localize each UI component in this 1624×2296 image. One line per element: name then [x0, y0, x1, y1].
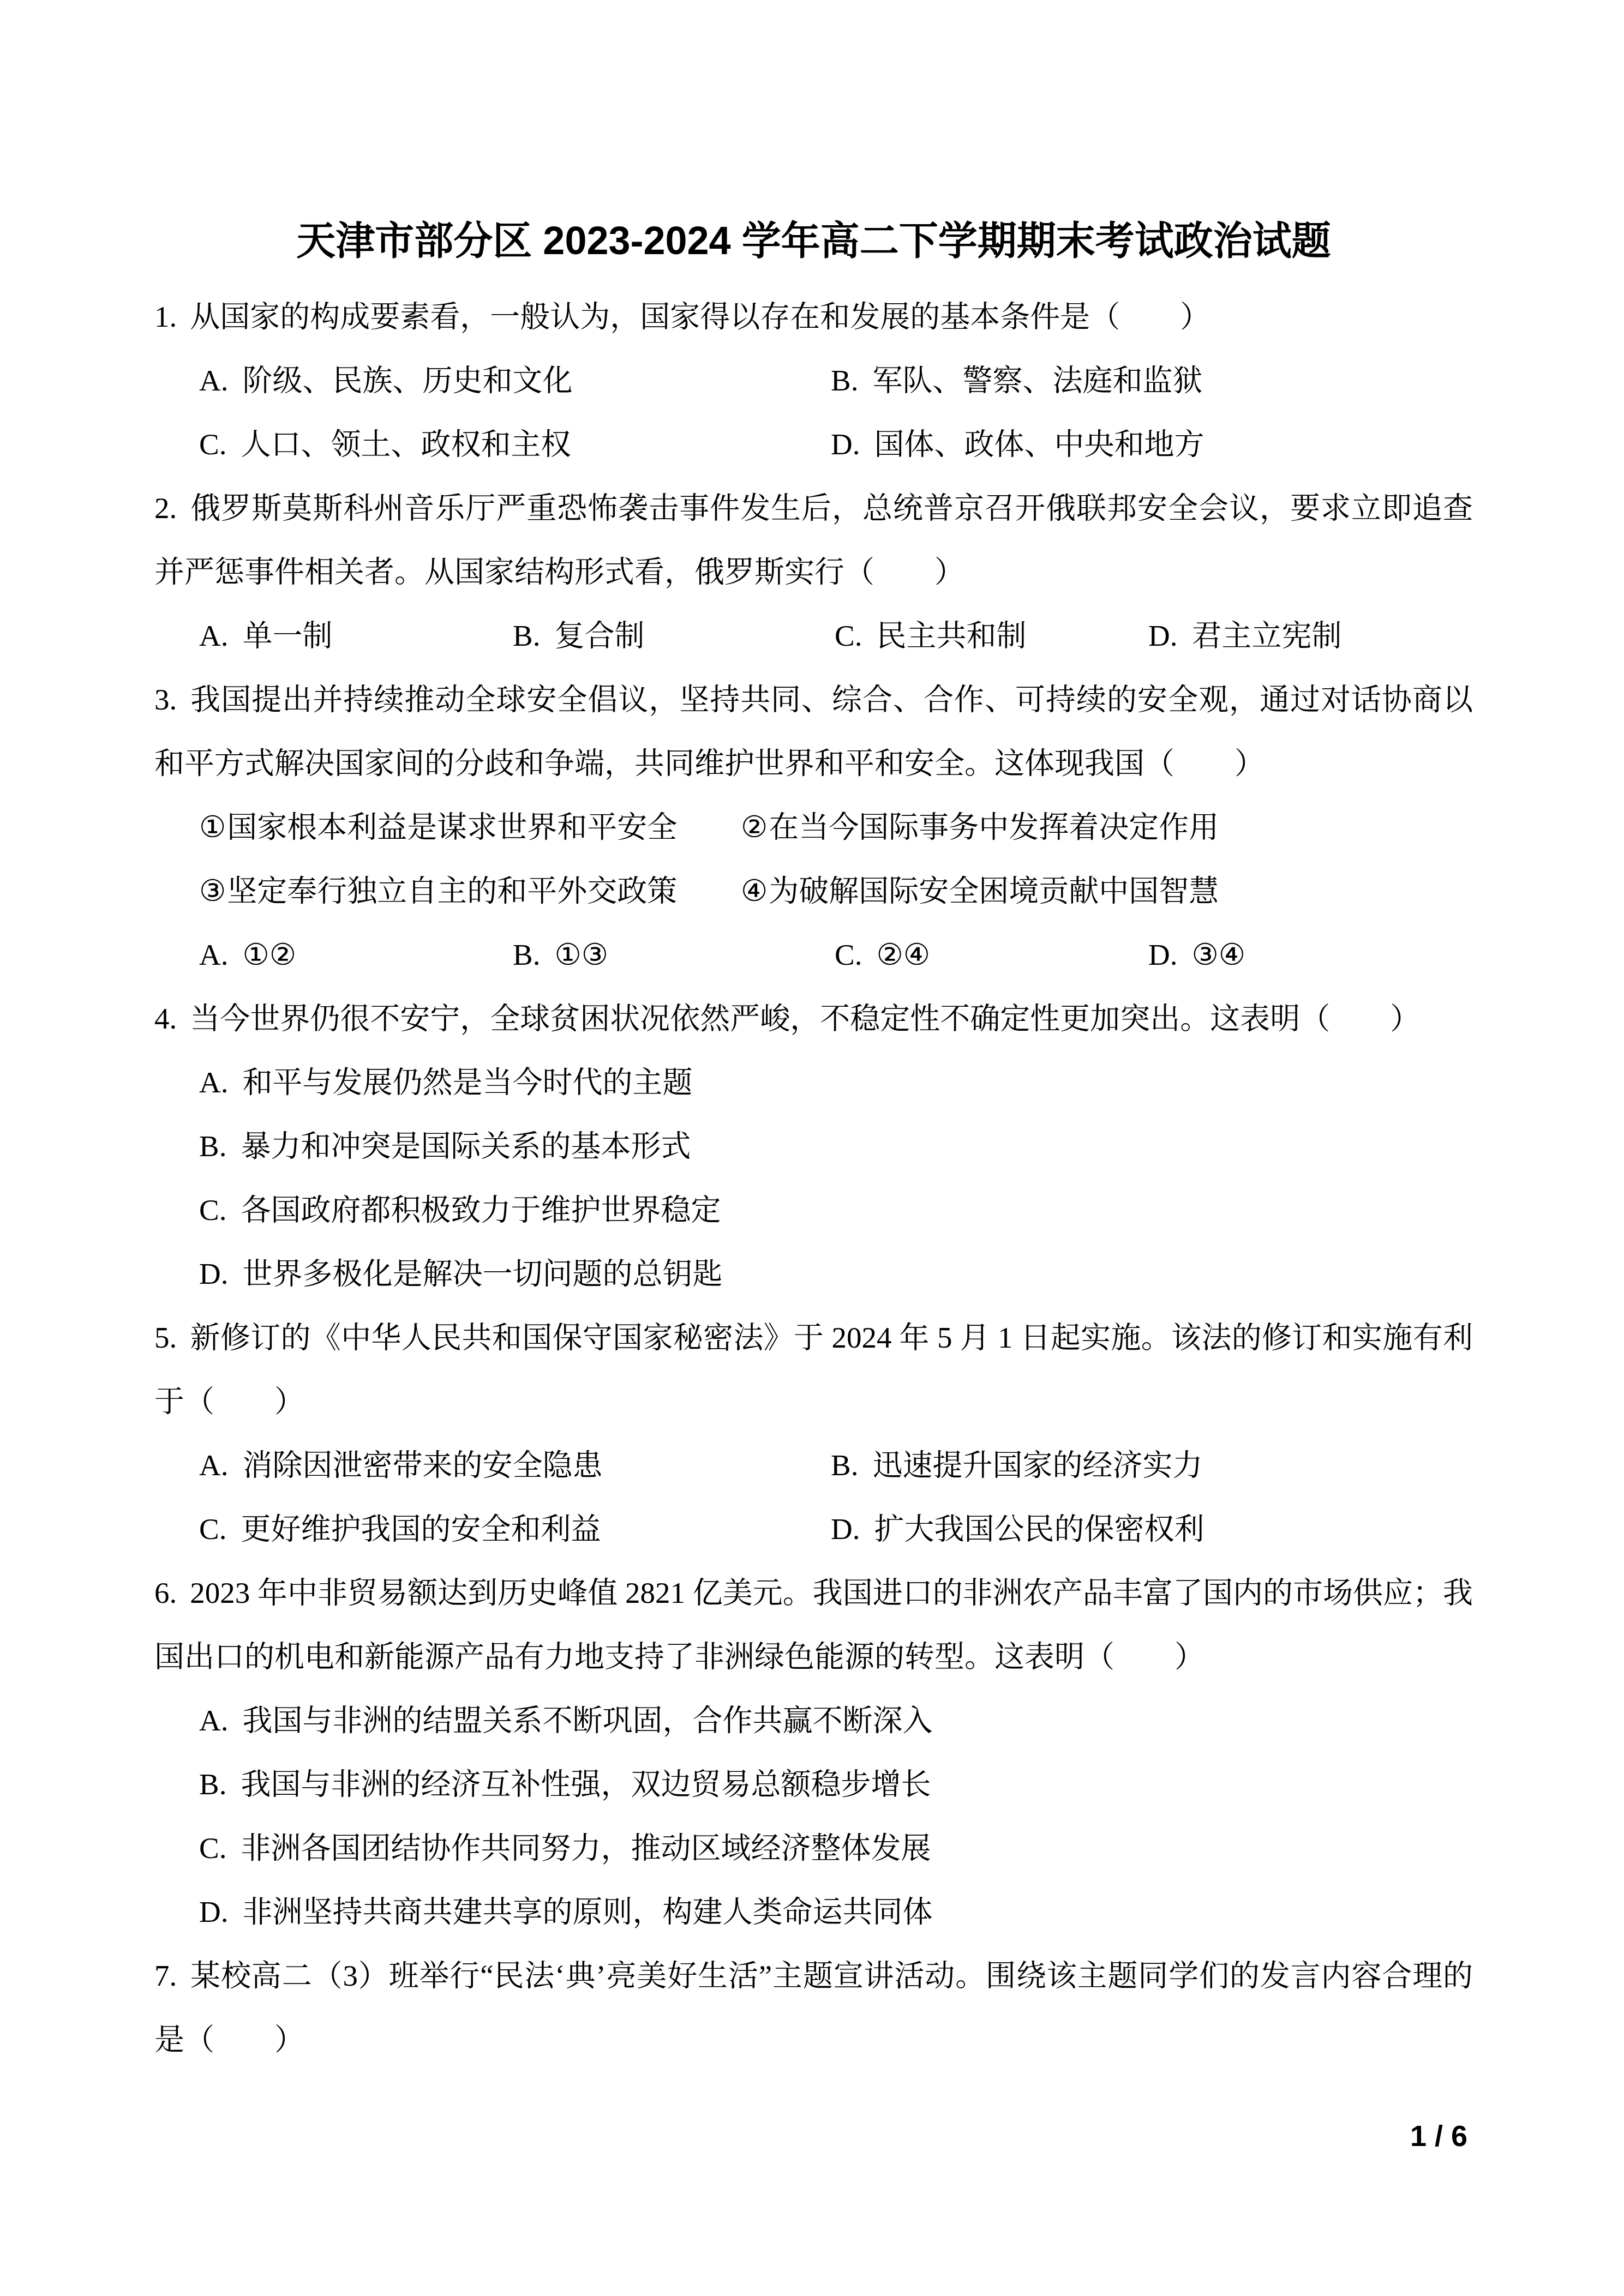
option-text: ①③	[554, 938, 608, 971]
question-6-option-c: C.非洲各国团结协作共同努力，推动区域经济整体发展	[154, 1816, 1473, 1880]
question-4-number: 4.	[154, 1002, 177, 1035]
question-3-number: 3.	[154, 683, 177, 716]
question-1-option-b: B.军队、警察、法庭和监狱	[831, 348, 1202, 412]
option-text: 国体、政体、中央和地方	[874, 428, 1204, 461]
option-label: C.	[199, 1193, 226, 1227]
question-6-stem: 6.2023 年中非贸易额达到历史峰值 2821 亿美元。我国进口的非洲农产品丰…	[154, 1561, 1473, 1688]
option-label: D.	[1148, 619, 1177, 652]
question-1-option-d: D.国体、政体、中央和地方	[831, 412, 1204, 476]
option-label: A.	[199, 619, 228, 652]
question-2-number: 2.	[154, 491, 177, 525]
option-label: B.	[513, 938, 540, 971]
question-7-text: 某校高二（3）班举行“民法‘典’亮美好生活”主题宣讲活动。围绕该主题同学们的发言…	[154, 1959, 1473, 2056]
option-label: B.	[831, 1448, 858, 1482]
item-text: 国家根本利益是谋求世界和平安全	[227, 810, 677, 844]
option-text: 我国与非洲的经济互补性强，双边贸易总额稳步增长	[241, 1768, 931, 1801]
question-4-stem: 4.当今世界仍很不安宁，全球贫困状况依然严峻，不稳定性不确定性更加突出。这表明（…	[154, 987, 1473, 1050]
question-2-options-row: A.单一制 B.复合制 C.民主共和制 D.君主立宪制	[154, 604, 1473, 668]
option-label: A.	[199, 1448, 228, 1482]
option-label: D.	[199, 1257, 228, 1290]
option-text: 单一制	[242, 619, 332, 652]
question-2-text: 俄罗斯莫斯科州音乐厅严重恐怖袭击事件发生后，总统普京召开俄联邦安全会议，要求立即…	[154, 491, 1473, 588]
circled-1-marker: ①	[199, 810, 226, 844]
question-3-item-1: ①国家根本利益是谋求世界和平安全	[199, 795, 677, 859]
option-text: 世界多极化是解决一切问题的总钥匙	[242, 1257, 722, 1290]
option-text: 非洲坚持共商共建共享的原则，构建人类命运共同体	[242, 1895, 932, 1928]
question-1-option-a: A.阶级、民族、历史和文化	[199, 348, 573, 412]
option-label: C.	[835, 619, 862, 652]
option-text: 我国与非洲的结盟关系不断巩固，合作共赢不断深入	[242, 1704, 932, 1737]
question-1-options-row-1: A.阶级、民族、历史和文化 B.军队、警察、法庭和监狱	[154, 348, 1473, 412]
question-4-option-c: C.各国政府都积极致力于维护世界稳定	[154, 1178, 1473, 1242]
question-3-option-b: B.①③	[513, 923, 608, 987]
question-2-stem: 2.俄罗斯莫斯科州音乐厅严重恐怖袭击事件发生后，总统普京召开俄联邦安全会议，要求…	[154, 476, 1473, 604]
option-label: B.	[831, 364, 858, 397]
question-6-option-d: D.非洲坚持共商共建共享的原则，构建人类命运共同体	[154, 1880, 1473, 1944]
question-3-item-4: ④为破解国际安全困境贡献中国智慧	[741, 859, 1219, 923]
question-3-item-2: ②在当今国际事务中发挥着决定作用	[741, 795, 1219, 859]
question-3-options-row: A.①② B.①③ C.②④ D.③④	[154, 923, 1473, 987]
option-label: C.	[199, 1512, 226, 1546]
option-label: B.	[199, 1129, 226, 1163]
option-text: 君主立宪制	[1191, 619, 1341, 652]
option-label: D.	[1148, 938, 1177, 971]
item-text: 在当今国际事务中发挥着决定作用	[769, 810, 1219, 844]
question-3-option-d: D.③④	[1148, 923, 1245, 987]
page-title: 天津市部分区 2023-2024 学年高二下学期期末考试政治试题	[154, 208, 1473, 274]
circled-3-marker: ③	[199, 874, 226, 907]
option-label: D.	[831, 428, 860, 461]
question-1-number: 1.	[154, 300, 177, 333]
question-3-items-row-1: ①国家根本利益是谋求世界和平安全 ②在当今国际事务中发挥着决定作用	[154, 795, 1473, 859]
question-3-option-c: C.②④	[835, 923, 930, 987]
circled-4-marker: ④	[741, 874, 768, 907]
option-text: 更好维护我国的安全和利益	[241, 1512, 601, 1546]
question-5-option-b: B.迅速提升国家的经济实力	[831, 1433, 1202, 1497]
option-text: 非洲各国团结协作共同努力，推动区域经济整体发展	[241, 1831, 931, 1865]
question-5-text: 新修订的《中华人民共和国保守国家秘密法》于 2024 年 5 月 1 日起实施。…	[154, 1321, 1473, 1418]
option-label: A.	[199, 1704, 228, 1737]
item-text: 为破解国际安全困境贡献中国智慧	[769, 874, 1219, 907]
question-1-options-row-2: C.人口、领土、政权和主权 D.国体、政体、中央和地方	[154, 412, 1473, 476]
page-number: 1 / 6	[1410, 2119, 1467, 2153]
option-text: 人口、领土、政权和主权	[241, 428, 571, 461]
question-3-stem: 3.我国提出并持续推动全球安全倡议，坚持共同、综合、合作、可持续的安全观，通过对…	[154, 668, 1473, 795]
page-content: 天津市部分区 2023-2024 学年高二下学期期末考试政治试题 1.从国家的构…	[154, 0, 1473, 2071]
question-6-number: 6.	[154, 1576, 177, 1609]
item-text: 坚定奉行独立自主的和平外交政策	[227, 874, 677, 907]
question-7-number: 7.	[154, 1959, 177, 1992]
option-text: 迅速提升国家的经济实力	[872, 1448, 1202, 1482]
exam-page: 天津市部分区 2023-2024 学年高二下学期期末考试政治试题 1.从国家的构…	[0, 0, 1624, 2296]
option-label: C.	[199, 1831, 226, 1865]
question-5-option-c: C.更好维护我国的安全和利益	[199, 1497, 601, 1561]
question-2-option-b: B.复合制	[513, 604, 644, 668]
question-5-option-d: D.扩大我国公民的保密权利	[831, 1497, 1204, 1561]
question-5-options-row-2: C.更好维护我国的安全和利益 D.扩大我国公民的保密权利	[154, 1497, 1473, 1561]
option-text: 军队、警察、法庭和监狱	[872, 364, 1202, 397]
option-text: 消除因泄密带来的安全隐患	[242, 1448, 602, 1482]
question-6-text: 2023 年中非贸易额达到历史峰值 2821 亿美元。我国进口的非洲农产品丰富了…	[154, 1576, 1473, 1673]
question-5-options-row-1: A.消除因泄密带来的安全隐患 B.迅速提升国家的经济实力	[154, 1433, 1473, 1497]
option-text: 各国政府都积极致力于维护世界稳定	[241, 1193, 721, 1227]
option-label: B.	[513, 619, 540, 652]
question-3-option-a: A.①②	[199, 923, 296, 987]
option-text: 扩大我国公民的保密权利	[874, 1512, 1204, 1546]
question-3-items-row-2: ③坚定奉行独立自主的和平外交政策 ④为破解国际安全困境贡献中国智慧	[154, 859, 1473, 923]
question-4-option-a: A.和平与发展仍然是当今时代的主题	[154, 1050, 1473, 1114]
question-5-option-a: A.消除因泄密带来的安全隐患	[199, 1433, 603, 1497]
question-4-text: 当今世界仍很不安宁，全球贫困状况依然严峻，不稳定性不确定性更加突出。这表明（ ）	[190, 1002, 1420, 1035]
option-text: 民主共和制	[876, 619, 1026, 652]
option-text: ②④	[876, 938, 930, 971]
option-label: A.	[199, 1066, 228, 1099]
question-5-stem: 5.新修订的《中华人民共和国保守国家秘密法》于 2024 年 5 月 1 日起实…	[154, 1306, 1473, 1433]
question-2-option-a: A.单一制	[199, 604, 333, 668]
question-2-option-c: C.民主共和制	[835, 604, 1026, 668]
question-1-text: 从国家的构成要素看，一般认为，国家得以存在和发展的基本条件是（ ）	[190, 300, 1210, 333]
option-text: 阶级、民族、历史和文化	[242, 364, 572, 397]
option-text: ①②	[242, 938, 296, 971]
option-label: A.	[199, 938, 228, 971]
question-1-option-c: C.人口、领土、政权和主权	[199, 412, 571, 476]
question-3-text: 我国提出并持续推动全球安全倡议，坚持共同、综合、合作、可持续的安全观，通过对话协…	[154, 683, 1473, 780]
question-7-stem: 7.某校高二（3）班举行“民法‘典’亮美好生活”主题宣讲活动。围绕该主题同学们的…	[154, 1944, 1473, 2071]
question-2-option-d: D.君主立宪制	[1148, 604, 1342, 668]
option-label: C.	[835, 938, 862, 971]
question-1-stem: 1.从国家的构成要素看，一般认为，国家得以存在和发展的基本条件是（ ）	[154, 285, 1473, 348]
option-label: B.	[199, 1768, 226, 1801]
option-label: C.	[199, 428, 226, 461]
option-label: D.	[199, 1895, 228, 1928]
option-text: 暴力和冲突是国际关系的基本形式	[241, 1129, 691, 1163]
question-6-option-b: B.我国与非洲的经济互补性强，双边贸易总额稳步增长	[154, 1752, 1473, 1816]
question-4-option-b: B.暴力和冲突是国际关系的基本形式	[154, 1114, 1473, 1178]
option-label: A.	[199, 364, 228, 397]
option-text: 复合制	[554, 619, 644, 652]
question-5-number: 5.	[154, 1321, 177, 1354]
question-3-item-3: ③坚定奉行独立自主的和平外交政策	[199, 859, 677, 923]
question-6-option-a: A.我国与非洲的结盟关系不断巩固，合作共赢不断深入	[154, 1688, 1473, 1752]
option-text: ③④	[1191, 938, 1245, 971]
option-text: 和平与发展仍然是当今时代的主题	[242, 1066, 692, 1099]
option-label: D.	[831, 1512, 860, 1546]
circled-2-marker: ②	[741, 810, 768, 844]
question-4-option-d: D.世界多极化是解决一切问题的总钥匙	[154, 1242, 1473, 1306]
